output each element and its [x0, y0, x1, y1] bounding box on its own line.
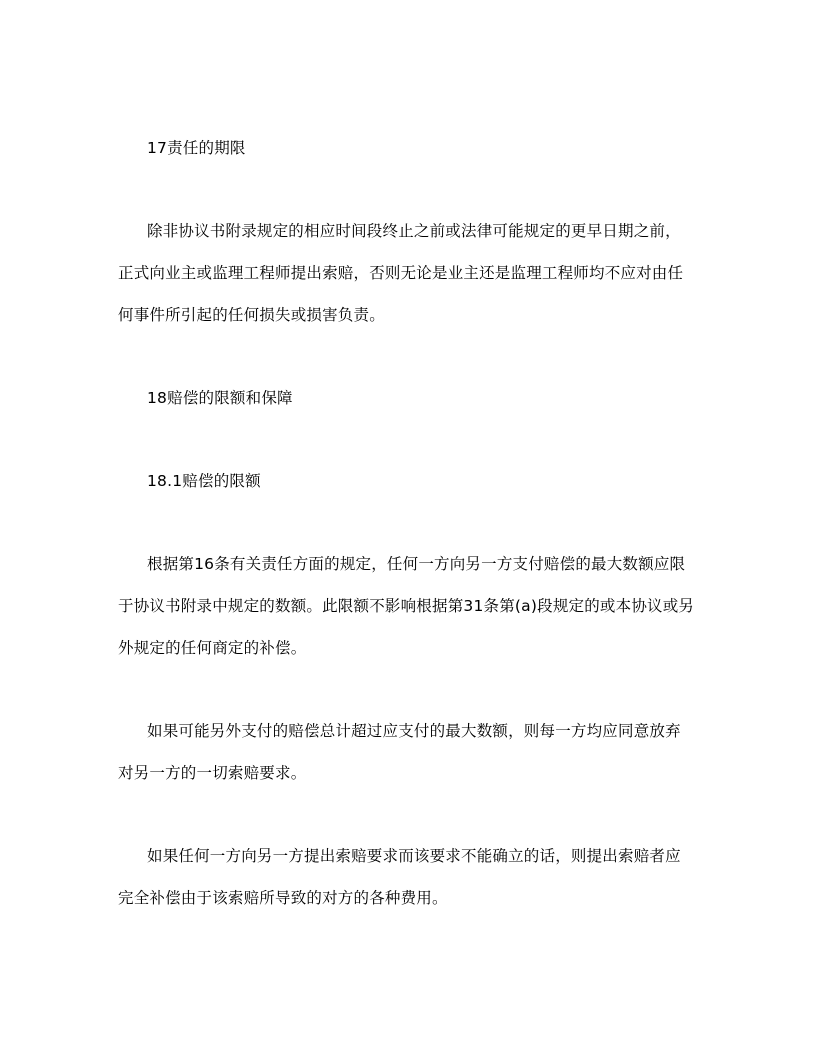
- paragraph-line: 根据第16条有关责任方面的规定，任何一方向另一方支付赔偿的最大数额应限: [147, 554, 685, 574]
- paragraph-line: 如果可能另外支付的赔偿总计超过应支付的最大数额，则每一方均应同意放弃: [147, 721, 681, 741]
- paragraph-line: 正式向业主或监理工程师提出索赔，否则无论是业主还是监理工程师均不应对由任: [118, 263, 683, 283]
- paragraph-line: 如果任何一方向另一方提出索赔要求而该要求不能确立的话，则提出索赔者应: [147, 846, 681, 866]
- section-heading-18: 18赔偿的限额和保障: [147, 388, 293, 408]
- paragraph-line: 外规定的任何商定的补偿。: [118, 638, 306, 658]
- paragraph-line: 对另一方的一切索赔要求。: [118, 763, 306, 783]
- subsection-heading-18-1: 18.1赔偿的限额: [147, 471, 261, 491]
- paragraph-line: 除非协议书附录规定的相应时间段终止之前或法律可能规定的更早日期之前，: [147, 221, 681, 241]
- paragraph-line: 于协议书附录中规定的数额。此限额不影响根据第31条第(a)段规定的或本协议或另: [118, 596, 694, 616]
- section-heading-17: 17责任的期限: [147, 138, 246, 158]
- paragraph-line: 完全补偿由于该索赔所导致的对方的各种费用。: [118, 888, 448, 908]
- paragraph-line: 何事件所引起的任何损失或损害负责。: [118, 305, 385, 325]
